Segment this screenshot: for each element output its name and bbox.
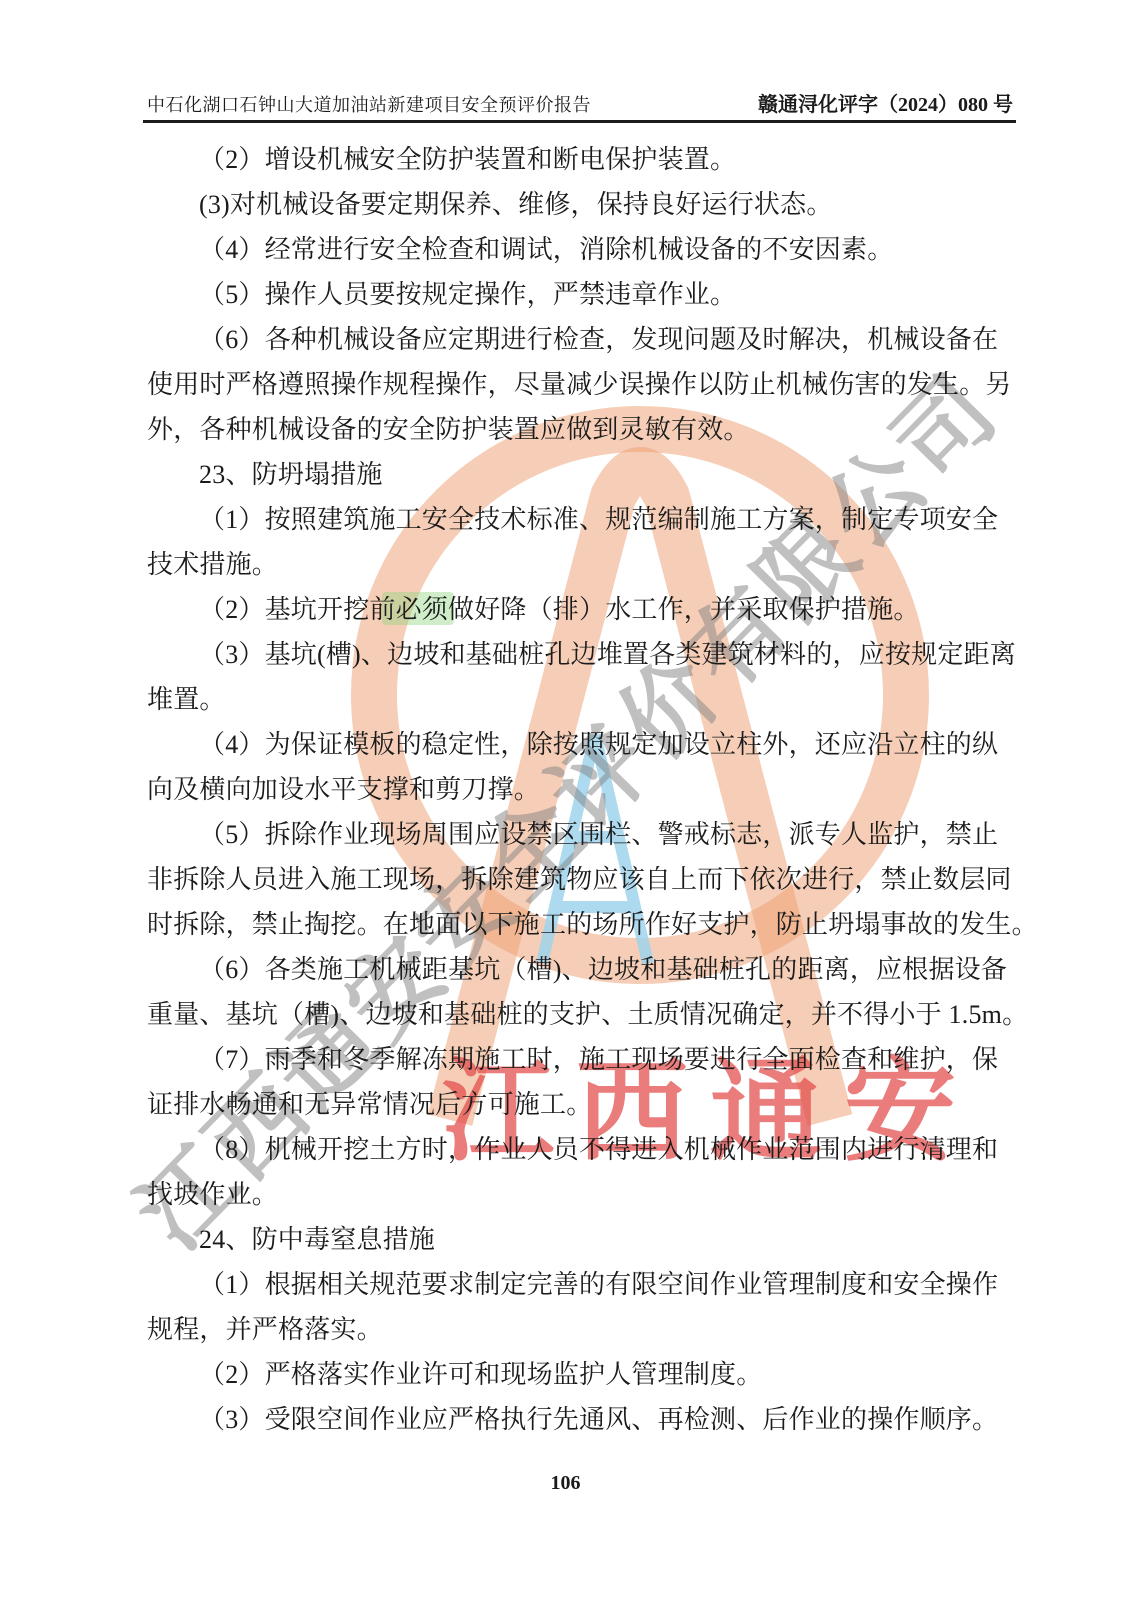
page-number: 106 [0,1472,1131,1495]
text-line: 规程，并严格落实。 [147,1307,1047,1352]
text-line: 找坡作业。 [147,1172,1047,1217]
text-line: 技术措施。 [147,542,1047,587]
text-line: 非拆除人员进入施工现场，拆除建筑物应该自上而下依次进行，禁止数层同 [147,857,1047,902]
text-line: （7）雨季和冬季解冻期施工时，施工现场要进行全面检查和维护，保 [147,1037,1047,1082]
header-document-number: 赣通浔化评字（2024）080 号 [758,88,1013,117]
header-divider [143,120,1016,123]
text-line: （5）操作人员要按规定操作，严禁违章作业。 [147,272,1047,317]
text-line: 外，各种机械设备的安全防护装置应做到灵敏有效。 [147,407,1047,452]
document-body: （2）增设机械安全防护装置和断电保护装置。(3)对机械设备要定期保养、维修，保持… [147,137,1047,1442]
text-line: 23、防坍塌措施 [147,452,1047,497]
text-line: （2）增设机械安全防护装置和断电保护装置。 [147,137,1047,182]
text-line: （2）严格落实作业许可和现场监护人管理制度。 [147,1352,1047,1397]
text-line: （6）各类施工机械距基坑（槽)、边坡和基础桩孔的距离，应根据设备 [147,947,1047,992]
text-line: 24、防中毒窒息措施 [147,1217,1047,1262]
text-line: 向及横向加设水平支撑和剪刀撑。 [147,767,1047,812]
text-line: （8）机械开挖土方时，作业人员不得进入机械作业范围内进行清理和 [147,1127,1047,1172]
text-line: （1）按照建筑施工安全技术标准、规范编制施工方案，制定专项安全 [147,497,1047,542]
header-report-title: 中石化湖口石钟山大道加油站新建项目安全预评价报告 [147,91,591,117]
text-line: (3)对机械设备要定期保养、维修，保持良好运行状态。 [147,182,1047,227]
text-line: 使用时严格遵照操作规程操作，尽量减少误操作以防止机械伤害的发生。另 [147,362,1047,407]
text-line: 证排水畅通和无异常情况后方可施工。 [147,1082,1047,1127]
text-line: 时拆除，禁止掏挖。在地面以下施工的场所作好支护，防止坍塌事故的发生。 [147,902,1047,947]
text-line: （6）各种机械设备应定期进行检查，发现问题及时解决，机械设备在 [147,317,1047,362]
text-line: （4）为保证模板的稳定性，除按照规定加设立柱外，还应沿立柱的纵 [147,722,1047,767]
text-line: 堆置。 [147,677,1047,722]
text-line: （4）经常进行安全检查和调试，消除机械设备的不安因素。 [147,227,1047,272]
text-line: 重量、基坑（槽)、边坡和基础桩的支护、土质情况确定，并不得小于 1.5m。 [147,992,1047,1037]
text-line: （1）根据相关规范要求制定完善的有限空间作业管理制度和安全操作 [147,1262,1047,1307]
text-line: （5）拆除作业现场周围应设禁区围栏、警戒标志，派专人监护，禁止 [147,812,1047,857]
text-line: （3）受限空间作业应严格执行先通风、再检测、后作业的操作顺序。 [147,1397,1047,1442]
report-page: 江西通安安全评价有限公司 江西通安 中石化湖口石钟山大道加油站新建项目安全预评价… [0,0,1131,1600]
text-line: （3）基坑(槽)、边坡和基础桩孔边堆置各类建筑材料的，应按规定距离 [147,632,1047,677]
text-line: （2）基坑开挖前必须做好降（排）水工作，并采取保护措施。 [147,587,1047,632]
